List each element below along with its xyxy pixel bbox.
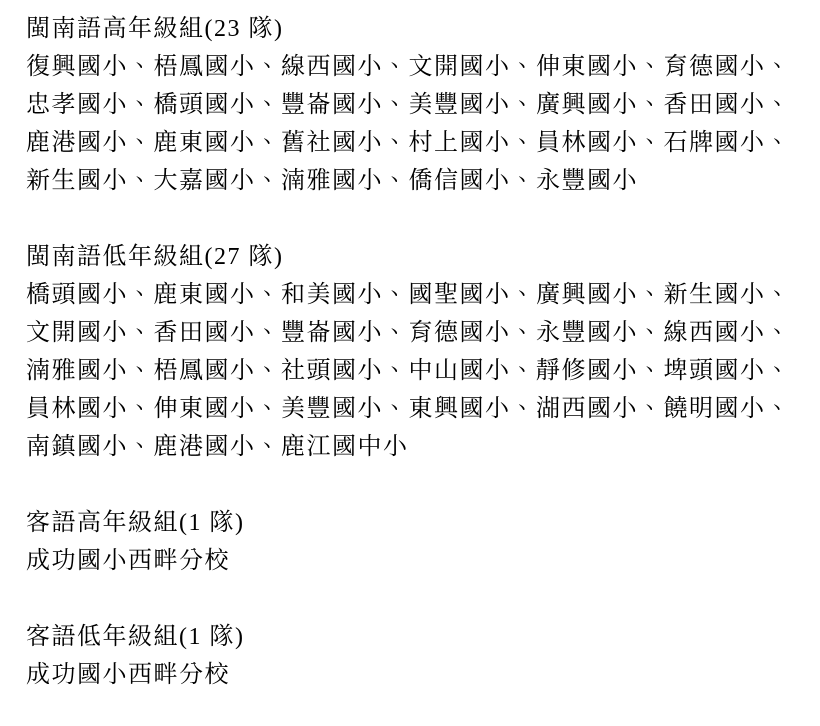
group-heading: 閩南語低年級組(27 隊) — [26, 238, 800, 276]
school-list-line: 湳雅國小、梧鳳國小、社頭國小、中山國小、靜修國小、埤頭國小、 — [26, 352, 800, 390]
document-page: 閩南語高年級組(23 隊) 復興國小、梧鳳國小、線西國小、文開國小、伸東國小、育… — [0, 0, 820, 726]
school-list-line: 成功國小西畔分校 — [26, 656, 800, 694]
school-list-line: 新生國小、大嘉國小、湳雅國小、僑信國小、永豐國小 — [26, 162, 800, 200]
group-section-hakka-senior: 客語高年級組(1 隊) 成功國小西畔分校 — [26, 504, 800, 580]
group-heading: 客語低年級組(1 隊) — [26, 618, 800, 656]
group-section-hakka-junior: 客語低年級組(1 隊) 成功國小西畔分校 — [26, 618, 800, 694]
school-list-line: 南鎮國小、鹿港國小、鹿江國中小 — [26, 428, 800, 466]
school-list-line: 復興國小、梧鳳國小、線西國小、文開國小、伸東國小、育德國小、 — [26, 48, 800, 86]
group-heading: 客語高年級組(1 隊) — [26, 504, 800, 542]
group-section-minnan-senior: 閩南語高年級組(23 隊) 復興國小、梧鳳國小、線西國小、文開國小、伸東國小、育… — [26, 10, 800, 200]
school-list-line: 忠孝國小、橋頭國小、豐崙國小、美豐國小、廣興國小、香田國小、 — [26, 86, 800, 124]
school-list-line: 鹿港國小、鹿東國小、舊社國小、村上國小、員林國小、石牌國小、 — [26, 124, 800, 162]
school-list-line: 員林國小、伸東國小、美豐國小、東興國小、湖西國小、饒明國小、 — [26, 390, 800, 428]
school-list-line: 文開國小、香田國小、豐崙國小、育德國小、永豐國小、線西國小、 — [26, 314, 800, 352]
group-section-minnan-junior: 閩南語低年級組(27 隊) 橋頭國小、鹿東國小、和美國小、國聖國小、廣興國小、新… — [26, 238, 800, 466]
school-list-line: 橋頭國小、鹿東國小、和美國小、國聖國小、廣興國小、新生國小、 — [26, 276, 800, 314]
group-heading: 閩南語高年級組(23 隊) — [26, 10, 800, 48]
school-list-line: 成功國小西畔分校 — [26, 542, 800, 580]
